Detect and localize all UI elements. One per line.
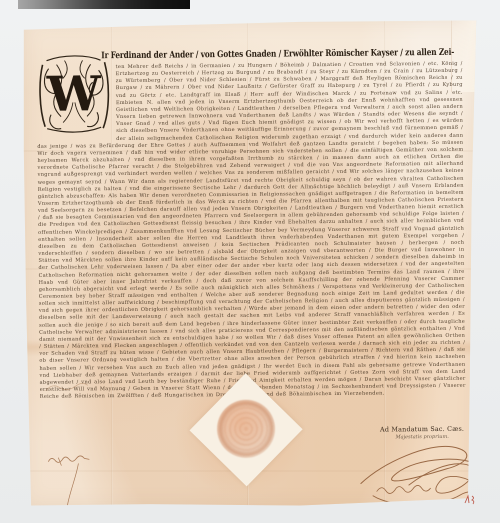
grayscale-calibration-strip <box>18 0 190 9</box>
text-block: W Ir Ferdinand der Ander / von Gottes Gn… <box>36 47 465 401</box>
woodcut-initial-W: W <box>36 52 111 135</box>
papered-seal <box>202 385 291 474</box>
faint-ink-flourish <box>44 381 90 395</box>
paper-content: W Ir Ferdinand der Ander / von Gottes Gn… <box>20 16 481 510</box>
initial-w-ornament: W <box>36 52 111 135</box>
wax-seal-impression <box>217 400 276 459</box>
initial-letter: W <box>46 66 103 123</box>
document-paper: W Ir Ferdinand der Ander / von Gottes Gn… <box>22 18 478 508</box>
countersignature-left <box>44 447 115 518</box>
red-archival-mark <box>463 493 477 507</box>
